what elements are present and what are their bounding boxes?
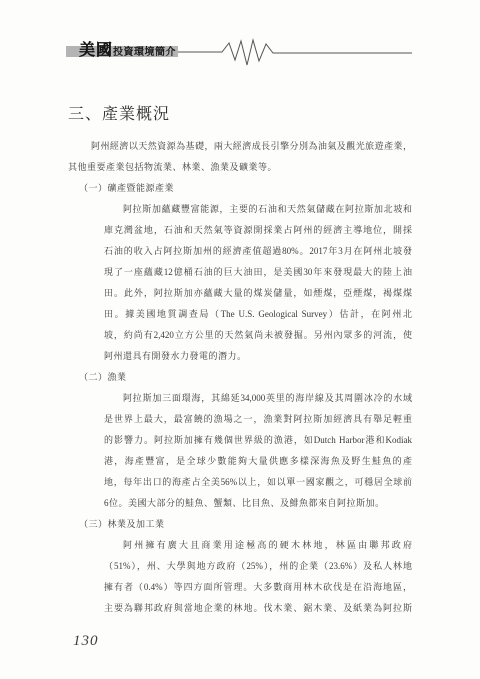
- text-line: 地，每年出口的海產占全美56%以上，如以單一國家觀之，可穩居全球前: [104, 472, 412, 493]
- header-title-bold: 美國: [79, 42, 113, 59]
- text-line: 其他重要產業包括物流業、林業、漁業及礦業等。: [68, 157, 412, 178]
- text-line: 是世界上最大，最富饒的漁場之一，漁業對阿拉斯加經濟具有舉足輕重: [104, 409, 412, 430]
- page-number: 130: [73, 633, 99, 650]
- text-line: 阿拉斯加蘊藏豐富能源，主要的石油和天然氣儲藏在阿拉斯加北坡和: [123, 199, 412, 220]
- text-line: 阿州還具有開發水力發電的潛力。: [104, 346, 412, 367]
- document-page: 美國投資環境簡介 三、產業概況 阿州經濟以天然資源為基礎，兩大經濟成長引擎分別為…: [0, 0, 480, 679]
- text-line: 港，海產豐富，是全球少數能夠大量供應多樣深海魚及野生鮭魚的產: [104, 451, 412, 472]
- text-line: 田。據美國地質調查局（The U.S. Geological Survey）估計…: [104, 304, 412, 325]
- text-line: 現了一座蘊藏12億桶石油的巨大油田，是美國30年來發現最大的陸上油: [104, 262, 412, 283]
- text-line: 田。此外，阿拉斯加亦蘊藏大量的煤炭儲量，如煙煤，亞煙煤，褐煤煤: [104, 283, 412, 304]
- text-line: 阿州經濟以天然資源為基礎，兩大經濟成長引擎分別為油氣及觀光旅遊產業，: [68, 136, 412, 157]
- text-line: 阿州擁有廣大且商業用途極高的硬木林地，林區由聯邦政府: [123, 535, 412, 556]
- header-title-rest: 投資環境簡介: [113, 47, 176, 58]
- text-line: 主要為聯邦政府與當地企業的林地。伐木業、鋸木業、及紙業為阿拉斯: [104, 598, 412, 619]
- section-title: 三、產業概況: [68, 101, 170, 124]
- text-line: 6位。美國大部分的鮭魚、蟹類、比目魚、及鯡魚都來自阿拉斯加。: [104, 493, 412, 514]
- pulse-zigzag-line-icon: [176, 38, 414, 66]
- header-title: 美國投資環境簡介: [79, 37, 176, 60]
- text-line: 石油的收入占阿拉斯加州的經濟產值超過80%。2017年3月在阿州北坡發: [104, 241, 412, 262]
- text-line: （51%），州、大學與地方政府（25%），州的企業（23.6%）及私人林地: [104, 556, 412, 577]
- text-line: 阿拉斯加三面環海，其綿延34,000英里的海岸線及其周圍冰冷的水域: [123, 388, 412, 409]
- subsection-heading: （二）漁業: [79, 367, 412, 388]
- text-line: 擁有者（0.4%）等四方面所管理。大多數商用林木砍伐是在沿海地區，: [104, 577, 412, 598]
- body-text: 阿州經濟以天然資源為基礎，兩大經濟成長引擎分別為油氣及觀光旅遊產業， 其他重要產…: [68, 136, 412, 619]
- subsection-heading: （三）林業及加工業: [79, 514, 412, 535]
- text-line: 坡，約尚有2,420立方公里的天然氣尚未被發掘。另州內眾多的河流，使: [104, 325, 412, 346]
- text-line: 的影響力。阿拉斯加擁有幾個世界級的漁港，如Dutch Harbor港和Kodia…: [104, 430, 412, 451]
- text-line: 庫克灣盆地，石油和天然氣等資源開採業占阿州的經濟主導地位，開採: [104, 220, 412, 241]
- subsection-heading: （一）礦產暨能源產業: [79, 178, 412, 199]
